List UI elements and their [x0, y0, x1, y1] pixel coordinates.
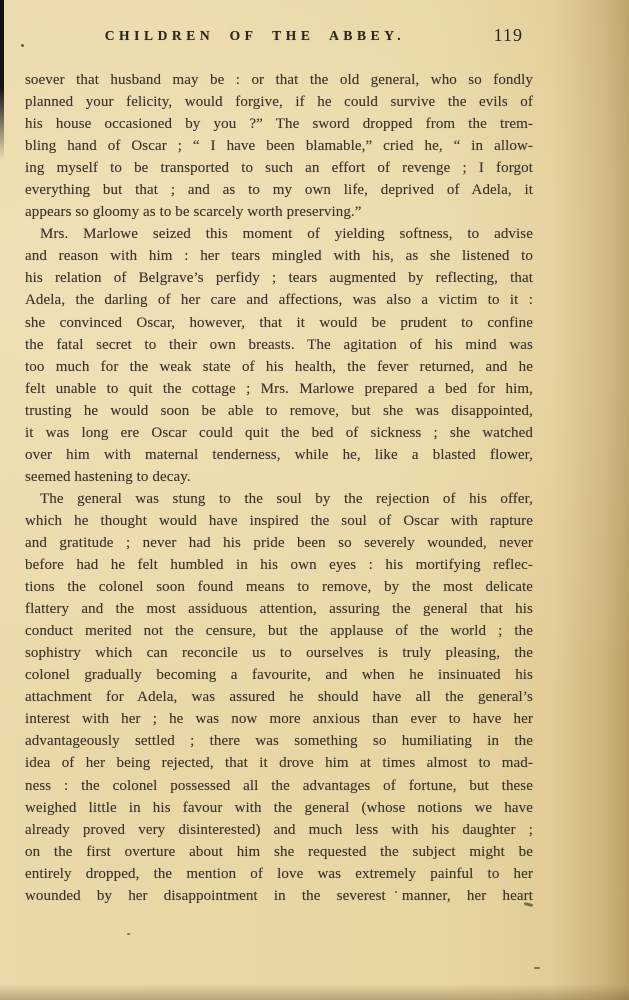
- text-line: soever that husband may be : or that the…: [25, 69, 533, 91]
- text-line: ness : the colonel possessed all the adv…: [25, 775, 533, 797]
- text-line: entirely dropped, the mention of love wa…: [25, 863, 533, 885]
- scan-edge-artifact: [0, 0, 4, 160]
- text-line: interest with her ; he was now more anxi…: [25, 708, 533, 730]
- text-line: conduct merited not the censure, but the…: [25, 620, 533, 642]
- text-line: bling hand of Oscar ; “ I have been blam…: [25, 135, 533, 157]
- text-line: everything but that ; and as to my own l…: [25, 179, 533, 201]
- text-line: already proved very disinterested) and m…: [25, 819, 533, 841]
- text-line: attachment for Adela, was assured he sho…: [25, 686, 533, 708]
- page-header: CHILDREN OF THE ABBEY. 119: [25, 28, 533, 50]
- page-number: 119: [494, 25, 523, 46]
- text-line: she convinced Oscar, however, that it wo…: [25, 312, 533, 334]
- book-page-scan: CHILDREN OF THE ABBEY. 119 soever that h…: [0, 0, 629, 1000]
- text-line: appears so gloomy as to be scarcely wort…: [25, 201, 533, 223]
- text-line: advantageously settled ; there was somet…: [25, 730, 533, 752]
- ink-speck: [395, 891, 397, 893]
- text-line: and reason with him : her tears mingled …: [25, 245, 533, 267]
- text-line: wounded by her disappointment in the sev…: [25, 885, 533, 907]
- text-line: The general was stung to the soul by the…: [25, 488, 533, 510]
- text-line: and gratitude ; never had his pride been…: [25, 532, 533, 554]
- text-line: too much for the weak state of his healt…: [25, 356, 533, 378]
- body-text: soever that husband may be : or that the…: [25, 69, 533, 907]
- text-line: ing myself to be transported to such an …: [25, 157, 533, 179]
- text-line: trusting he would soon be able to remove…: [25, 400, 533, 422]
- text-line: sophistry which can reconcile us to ours…: [25, 642, 533, 664]
- text-line: Adela, the darling of her care and affec…: [25, 289, 533, 311]
- text-line: Mrs. Marlowe seized this moment of yield…: [25, 223, 533, 245]
- ink-speck: [127, 933, 130, 935]
- text-line: before had he felt humbled in his own ey…: [25, 554, 533, 576]
- text-line: felt unable to quit the cottage ; Mrs. M…: [25, 378, 533, 400]
- text-line: on the first overture about him she requ…: [25, 841, 533, 863]
- ink-speck: [534, 967, 540, 969]
- text-line: which he thought would have inspired the…: [25, 510, 533, 532]
- text-line: flattery and the most assiduous attentio…: [25, 598, 533, 620]
- ink-speck: [21, 44, 24, 47]
- text-line: colonel gradually becoming a favourite, …: [25, 664, 533, 686]
- text-line: the fatal secret to their own breasts. T…: [25, 334, 533, 356]
- text-line: idea of her being rejected, that it drov…: [25, 752, 533, 774]
- running-title: CHILDREN OF THE ABBEY.: [25, 28, 485, 44]
- text-line: his relation of Belgrave’s perfidy ; tea…: [25, 267, 533, 289]
- text-line: planned your felicity, would forgive, if…: [25, 91, 533, 113]
- text-line: over him with maternal tenderness, while…: [25, 444, 533, 466]
- text-line: his house occasioned by you ?” The sword…: [25, 113, 533, 135]
- text-line: it was long ere Oscar could quit the bed…: [25, 422, 533, 444]
- text-line: seemed hastening to decay.: [25, 466, 533, 488]
- text-line: weighed little in his favour with the ge…: [25, 797, 533, 819]
- text-line: tions the colonel soon found means to re…: [25, 576, 533, 598]
